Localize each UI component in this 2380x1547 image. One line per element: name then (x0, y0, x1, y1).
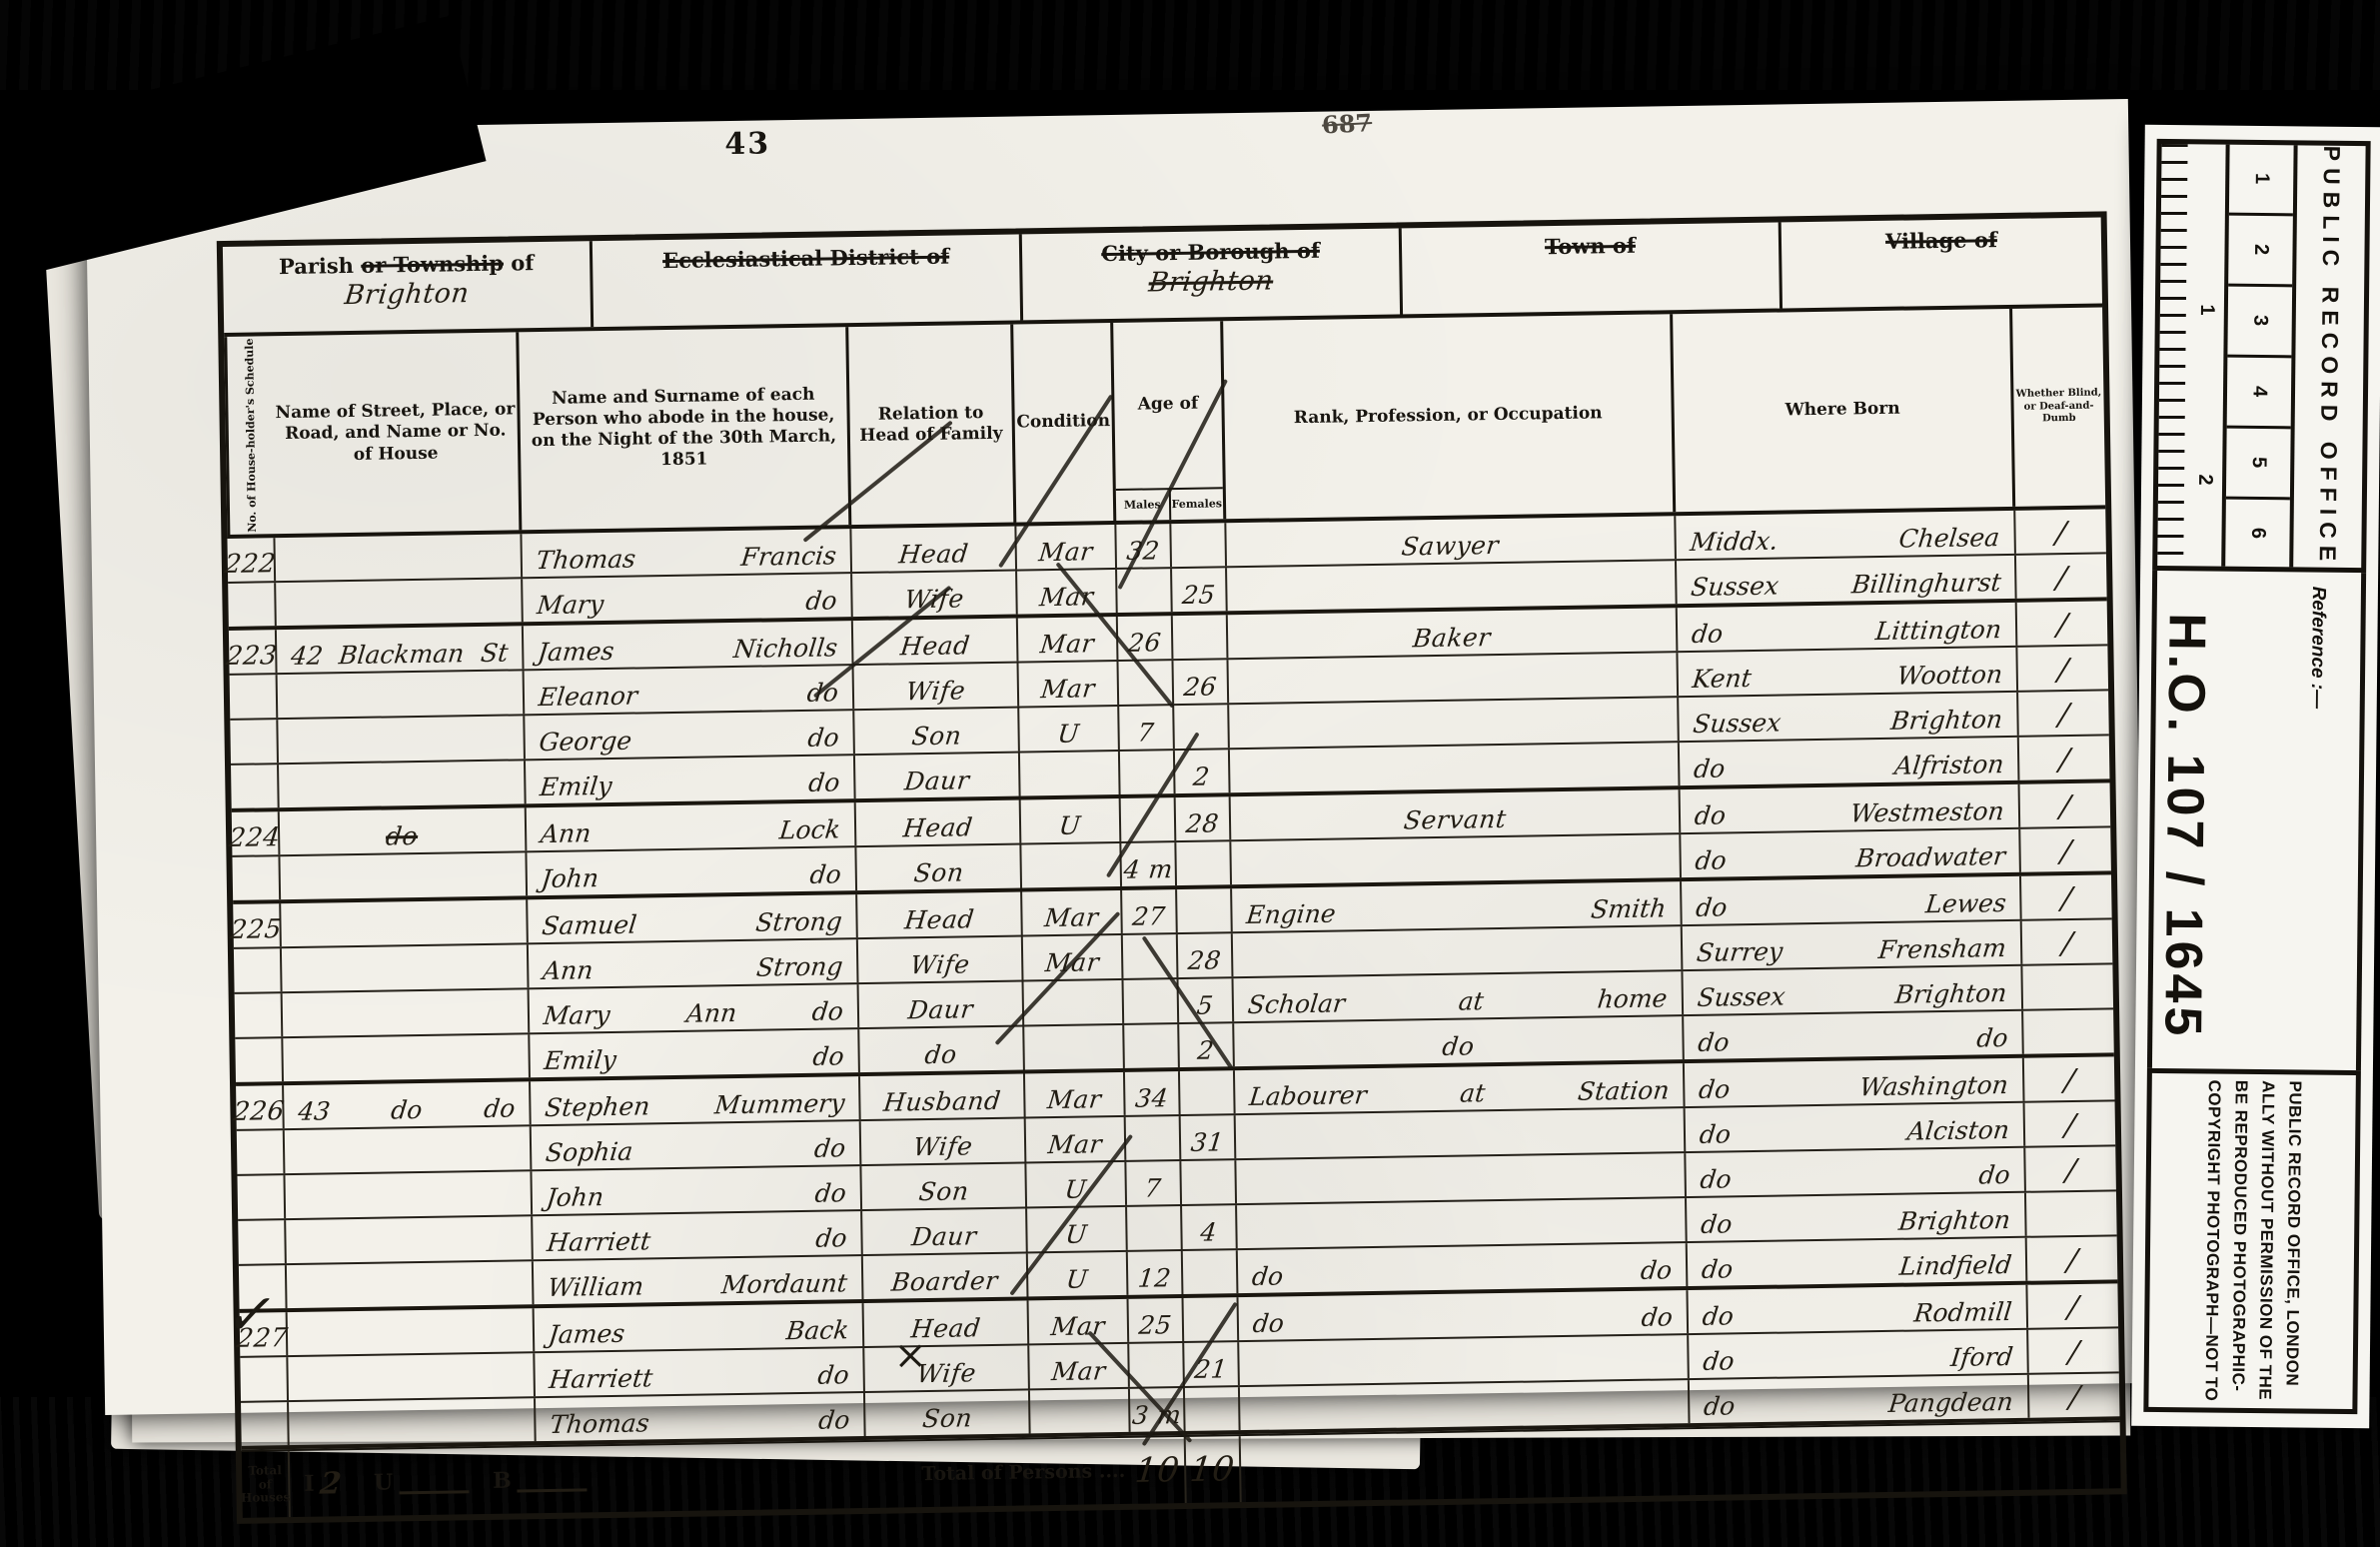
scanned-census-image: 43 687 Parish or Township of Brighton Ec… (0, 0, 2380, 1547)
infirmity-mark-cell: ∕ (2029, 1373, 2120, 1417)
age-males-cell: 25 (1129, 1298, 1185, 1342)
street-cell (280, 852, 528, 899)
name-cell: Georgedo (525, 711, 855, 759)
occupation-cell (1236, 1108, 1687, 1158)
condition-cell: Mar (1026, 1117, 1127, 1162)
name-cell: StephenMummery (531, 1076, 861, 1124)
street-cell (279, 761, 527, 807)
col-name: Name and Surname of each Person who abod… (519, 327, 851, 530)
born-cell: doWestmeston (1681, 784, 2021, 832)
ruler-cm-number: 2 (2228, 216, 2293, 288)
condition-cell (1024, 1025, 1125, 1070)
infirmity-mark-cell: ∕ (2027, 1236, 2118, 1280)
name-cell: SamuelStrong (528, 894, 858, 942)
copyright-line: PUBLIC RECORD OFFICE, LONDON (2279, 1081, 2305, 1403)
folio-number: 687 (1321, 108, 1373, 139)
schedule-cell (231, 765, 280, 808)
schedule-cell (238, 1220, 287, 1264)
occupation-cell: Scholarathome (1233, 971, 1684, 1021)
street-cell (281, 899, 529, 946)
age-females-cell (1181, 1160, 1237, 1204)
infirmity-mark-cell: ∕ (2017, 647, 2108, 691)
age-males-cell (1127, 1206, 1183, 1250)
ruler-cm-number: 3 (2227, 286, 2292, 358)
born-cell: SussexBrighton (1679, 693, 2019, 741)
age-females-cell (1177, 888, 1233, 932)
relation-cell: Son (854, 709, 1020, 755)
name-cell: Thomasdo (536, 1393, 866, 1441)
infirmity-mark-cell: ∕ (2016, 555, 2107, 599)
total-persons-label: Total of Persons .... (866, 1438, 1132, 1508)
occupation-cell (1233, 926, 1684, 976)
born-cell: Middx.Chelsea (1676, 511, 2016, 559)
building-blank (518, 1468, 588, 1492)
age-females-cell (1171, 523, 1227, 567)
street-cell (276, 579, 524, 626)
street-cell (278, 716, 526, 763)
occupation-cell: LaboureratStation (1235, 1063, 1686, 1113)
street-cell (278, 671, 526, 718)
condition-cell: Mar (1025, 1072, 1126, 1117)
relation-cell: do (859, 1027, 1025, 1073)
schedule-cell (230, 675, 279, 719)
born-cell: SussexBrighton (1683, 966, 2023, 1014)
condition-cell: Mar (1016, 525, 1117, 570)
name-cell: ThomasFrancis (522, 529, 852, 577)
age-females-cell (1185, 1387, 1241, 1431)
occupation-cell (1237, 1198, 1688, 1248)
infirmity-mark-cell (2022, 965, 2113, 1009)
condition-cell: U (1019, 707, 1120, 752)
relation-cell: Daur (855, 754, 1021, 799)
relation-cell: Head (864, 1301, 1030, 1347)
infirmity-mark-cell: ∕ (2027, 1283, 2118, 1327)
age-males-cell: 4 m (1121, 842, 1177, 886)
age-males-cell (1126, 1116, 1182, 1160)
occupation-cell: Baker (1228, 608, 1679, 658)
born-cell: doIford (1689, 1330, 2029, 1378)
schedule-cell: 224 (232, 811, 281, 855)
age-females-cell: 28 (1178, 933, 1234, 977)
condition-cell: U (1027, 1207, 1128, 1252)
street-cell: 43dodo (284, 1081, 532, 1128)
age-females-cell (1173, 615, 1229, 659)
born-cell: doAlciston (1686, 1103, 2026, 1151)
ruler-cm-number: 1 (2229, 145, 2294, 217)
reference-section: H.O. 107 / 1645 Reference :— (2147, 571, 2366, 1070)
street-cell (286, 1216, 534, 1263)
copyright-line: BE REPRODUCED PHOTOGRAPHIC- (2226, 1080, 2252, 1402)
name-cell: Emilydo (526, 756, 856, 803)
condition-cell: U (1026, 1162, 1127, 1207)
district-header: Ecclesiastical District of (593, 234, 1023, 327)
age-males-cell (1124, 979, 1180, 1023)
name-cell: Harriettdo (533, 1211, 863, 1259)
age-females-cell: 31 (1181, 1115, 1237, 1159)
age-females-cell (1174, 705, 1230, 749)
name-cell: Marydo (523, 574, 853, 622)
schedule-cell (228, 583, 277, 627)
col-born: Where Born (1673, 309, 2015, 512)
relation-cell: Head (857, 892, 1023, 938)
age-females-cell (1176, 841, 1232, 885)
infirmity-mark-cell: ∕ (2024, 1056, 2115, 1100)
born-cell: SussexBillinghurst (1677, 556, 2017, 604)
reference-label: Reference :— (2302, 573, 2361, 1070)
street-cell (283, 1034, 531, 1081)
born-cell: doBrighton (1687, 1193, 2027, 1241)
age-females-cell: 25 (1172, 568, 1228, 612)
name-cell: JamesNicholls (524, 621, 854, 669)
occupation-cell: dodo (1239, 1290, 1690, 1340)
ruler-inch-label: 2 (2193, 474, 2216, 485)
age-males-cell (1124, 1024, 1180, 1068)
infirmity-mark-cell: ∕ (2019, 737, 2110, 780)
col-street: Name of Street, Place, or Road, and Name… (272, 332, 522, 534)
schedule-cell (237, 1130, 286, 1174)
street-cell: 42BlackmanSt (277, 626, 525, 673)
schedule-cell (237, 1175, 286, 1219)
schedule-cell (241, 1402, 290, 1446)
check-mark: ✓ (223, 1282, 271, 1348)
census-table: Parish or Township of Brighton Ecclesias… (217, 211, 2127, 1524)
relation-cell: Head (851, 527, 1017, 573)
occupation-cell (1228, 653, 1679, 703)
street-cell (282, 944, 530, 991)
males-total: 10 (1131, 1437, 1187, 1504)
street-cell (283, 989, 531, 1036)
condition-cell (1024, 980, 1125, 1025)
age-females-cell: 26 (1173, 660, 1229, 704)
name-cell: JamesBack (535, 1303, 865, 1351)
name-cell: AnnLock (527, 802, 857, 850)
ruler-inch-label: 1 (2195, 304, 2218, 315)
born-cell: doRodmill (1688, 1285, 2028, 1333)
office-title: PUBLIC RECORD OFFICE (2293, 145, 2365, 568)
occupation-cell (1240, 1380, 1691, 1430)
inhabited-count: 2 (319, 1466, 344, 1501)
schedule-cell (235, 1038, 284, 1082)
age-females-cell: 4 (1182, 1205, 1238, 1249)
uninhabited-blank (399, 1470, 469, 1494)
born-cell: doAlfriston (1680, 738, 2020, 785)
parish-header: Parish or Township of Brighton (223, 241, 594, 333)
name-cell: Eleanordo (525, 666, 855, 714)
age-females-cell: 28 (1176, 796, 1232, 840)
schedule-cell: 225 (233, 903, 282, 947)
occupation-cell: EngineSmith (1232, 881, 1683, 931)
occupation-cell: Servant (1231, 789, 1682, 839)
totals-houses-values: I 2 U B (290, 1442, 867, 1517)
occupation-cell (1239, 1335, 1690, 1385)
occupation-cell (1236, 1153, 1687, 1203)
schedule-cell: 222 (227, 538, 276, 582)
born-cell: dodo (1684, 1011, 2024, 1059)
city-value: Brighton (1021, 263, 1401, 300)
born-cell: dodo (1686, 1148, 2026, 1196)
condition-cell: Mar (1029, 1299, 1130, 1344)
street-cell (285, 1171, 533, 1218)
relation-cell: Son (861, 1164, 1027, 1210)
born-cell: KentWootton (1678, 648, 2018, 696)
village-header: Village of (1782, 217, 2102, 308)
name-cell: Sophiado (532, 1121, 862, 1169)
relation-cell: Wife (864, 1346, 1030, 1392)
total-houses-label: Total of Houses (242, 1451, 291, 1518)
ruler-ticks: 1 2 (2157, 144, 2229, 567)
born-cell: doLewes (1682, 876, 2022, 924)
infirmity-mark-cell: ∕ (2018, 692, 2109, 736)
schedule-cell: 223 (229, 630, 278, 674)
copyright-line: COPYRIGHT PHOTOGRAPH—NOT TO (2199, 1080, 2225, 1402)
schedule-cell (234, 948, 283, 992)
town-header: Town of (1402, 222, 1783, 314)
schedule-cell (240, 1357, 289, 1401)
infirmity-mark-cell: ∕ (2025, 1146, 2116, 1190)
born-cell: doLittington (1678, 603, 2018, 651)
age-males-cell: 34 (1125, 1071, 1181, 1115)
schedule-cell: 226 (236, 1085, 285, 1129)
col-age-females: Females (1170, 489, 1223, 520)
name-cell: Johndo (532, 1166, 862, 1214)
born-cell: SurreyFrensham (1683, 921, 2023, 969)
infirmity-mark-cell: ∕ (2021, 875, 2112, 919)
age-males-cell (1120, 751, 1176, 794)
copyright-line: ALLY WITHOUT PERMISSION OF THE (2252, 1080, 2278, 1402)
ruler: 1 2 123456 PUBLIC RECORD OFFICE (2152, 139, 2371, 574)
age-males-cell: 12 (1128, 1251, 1184, 1295)
col-occupation: Rank, Profession, or Occupation (1223, 314, 1676, 519)
relation-cell: Son (856, 845, 1022, 891)
relation-cell: Husband (860, 1074, 1026, 1120)
age-males-cell (1123, 934, 1179, 978)
born-cell: doLindfield (1688, 1238, 2028, 1286)
parish-value: Brighton (222, 276, 592, 313)
occupation-cell: dodo (1238, 1243, 1689, 1293)
infirmity-mark-cell: ∕ (2020, 783, 2111, 827)
relation-cell: Wife (858, 937, 1024, 983)
occupation-cell (1227, 561, 1678, 611)
age-females-cell (1180, 1070, 1236, 1114)
infirmity-mark-cell: ∕ (2028, 1328, 2119, 1372)
col-relation: Relation to Head of Family (848, 325, 1016, 526)
age-females-cell (1183, 1250, 1239, 1294)
relation-cell: Daur (862, 1209, 1028, 1255)
schedule-cell (230, 720, 279, 764)
females-total: 10 (1186, 1436, 1242, 1503)
col-schedule: No. of House-holder's Schedule (224, 336, 275, 535)
name-cell: WilliamMordaunt (534, 1256, 864, 1304)
street-cell (288, 1353, 536, 1400)
relation-cell: Wife (854, 664, 1020, 710)
relation-cell: Head (856, 800, 1022, 846)
born-cell: doBroadwater (1681, 829, 2021, 877)
ruler-cm-scale: 123456 (2225, 145, 2297, 568)
infirmity-mark-cell (2026, 1191, 2117, 1235)
ruler-cm-number: 6 (2225, 499, 2290, 568)
col-condition: Condition (1013, 323, 1116, 523)
infirmity-mark-cell (2023, 1010, 2114, 1054)
condition-cell: U (1028, 1252, 1129, 1297)
age-males-cell: 32 (1116, 524, 1172, 568)
condition-cell (1030, 1389, 1131, 1434)
occupation-cell: do (1234, 1016, 1685, 1066)
street-cell (288, 1308, 536, 1355)
relation-cell: Daur (859, 982, 1025, 1028)
street-cell (289, 1398, 537, 1445)
relation-cell: Wife (852, 572, 1018, 618)
street-cell (275, 534, 523, 581)
name-cell: Harriettdo (535, 1348, 865, 1396)
born-cell: doPangdean (1690, 1375, 2030, 1423)
occupation-cell: Sawyer (1226, 516, 1677, 566)
condition-cell: U (1021, 798, 1122, 843)
infirmity-mark-cell: ∕ (2015, 510, 2106, 554)
city-header: City or Borough of Brighton (1022, 228, 1403, 320)
infirmity-mark-cell: ∕ (2020, 828, 2111, 872)
condition-cell: Mar (1022, 890, 1123, 935)
census-page: 43 687 Parish or Township of Brighton Ec… (85, 99, 2148, 1415)
age-males-cell: 27 (1122, 889, 1178, 933)
condition-cell: Mar (1019, 662, 1120, 707)
schedule-cell (235, 993, 284, 1037)
street-cell (285, 1126, 533, 1173)
relation-cell: Boarder (863, 1254, 1029, 1300)
occupation-cell (1231, 834, 1682, 884)
page-number: 43 (724, 126, 770, 162)
name-cell: MaryAnndo (530, 984, 860, 1032)
born-cell: doWashington (1685, 1058, 2025, 1106)
name-cell: Emilydo (530, 1029, 860, 1077)
condition-cell (1021, 843, 1122, 888)
pro-reference-card: 1 2 123456 PUBLIC RECORD OFFICE H.O. 107… (2131, 125, 2380, 1428)
age-males-cell (1121, 797, 1177, 841)
totals-empty (1241, 1422, 2121, 1502)
street-cell (287, 1261, 535, 1308)
schedule-cell (232, 856, 281, 900)
name-cell: Johndo (527, 847, 857, 895)
col-blind: Whether Blind, or Deaf-and-Dumb (2012, 307, 2105, 507)
condition-cell (1020, 752, 1121, 796)
occupation-cell (1230, 743, 1681, 792)
cross-mark: × (893, 1332, 927, 1379)
reference-number: H.O. 107 / 1645 (2152, 571, 2307, 1069)
relation-cell: Son (865, 1391, 1031, 1437)
occupation-cell (1229, 698, 1680, 748)
age-males-cell: 7 (1119, 706, 1175, 750)
street-cell: do (280, 807, 528, 854)
infirmity-mark-cell: ∕ (2022, 920, 2113, 964)
ruler-cm-number: 4 (2227, 357, 2292, 429)
relation-cell: Wife (861, 1119, 1027, 1165)
age-males-cell: 7 (1126, 1161, 1182, 1205)
condition-cell: Mar (1029, 1344, 1130, 1389)
infirmity-mark-cell: ∕ (2017, 602, 2108, 646)
name-cell: AnnStrong (529, 939, 859, 987)
copyright-notice: COPYRIGHT PHOTOGRAPH—NOT TOBE REPRODUCED… (2143, 1068, 2361, 1414)
ruler-cm-number: 5 (2226, 428, 2291, 500)
infirmity-mark-cell: ∕ (2025, 1101, 2116, 1145)
